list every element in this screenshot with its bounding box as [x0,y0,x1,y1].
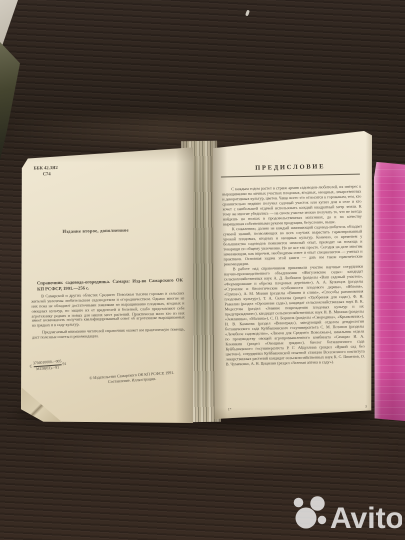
code-prefix: С [30,364,33,368]
wood-scratch [245,10,250,17]
copyright-line: © Издательство Самарского ОК КП РСФСР, 1… [71,369,193,382]
page-number: 3 [365,404,367,408]
page-footer: 1* 3 [228,404,367,411]
floor-corner [0,0,18,52]
table-edge-object [0,42,20,160]
pink-book-cover [374,162,405,421]
code-denominator: М158(03)—91 [33,364,62,372]
code-suffix: 91 [62,362,66,366]
copyright-line: Составление. Иллюстрации. [71,374,193,387]
avito-circles-icon [294,496,327,528]
title-rule [221,174,360,178]
edition-note: Издание второе, дополненное [20,227,171,235]
book-right-page: ПРЕДИСЛОВИЕ С каждым годом растет в стра… [213,131,372,419]
print-order-code: С 3704010000—005 М158(03)—91 91 [29,359,66,372]
bbk-code: ББК 42.3Я2 [33,165,57,171]
preface-paragraph: К сожалению, далеко не каждый начинающий… [223,224,363,267]
author-sign-code: С74 [34,171,58,178]
marketplace-photo: ББК 42.3Я2 С74 Издание второе, дополненн… [0,0,405,540]
copyright-block: © Издательство Самарского ОК КП РСФСР, 1… [71,369,193,388]
right-page-content: ПРЕДИСЛОВИЕ С каждым годом растет в стра… [210,129,375,420]
preface-body: С каждым годом растет в стране армия сад… [222,184,365,367]
signature-mark: 1* [228,407,232,411]
bbk-classification: ББК 42.3Я2 С74 [33,165,57,178]
preface-paragraph: С каждым годом растет в стране армия сад… [222,184,362,227]
preface-paragraph: В работе над справочником принимали учас… [224,264,365,367]
preface-title: ПРЕДИСЛОВИЕ [211,162,370,172]
book-left-page: ББК 42.3Я2 С74 Издание второе, дополненн… [21,146,193,423]
wood-sheen [40,440,400,464]
code-numerator: 3704010000—005 [33,359,62,365]
annotation-block: В Самарской и других областях Среднего П… [31,291,185,342]
avito-logo-text: Avito [330,502,402,535]
annotation-paragraph: В Самарской и других областях Среднего П… [31,291,185,328]
code-fraction: 3704010000—005 М158(03)—91 [33,359,62,371]
bibliographic-entry: Справочник садовода-огородника. Самара: … [37,277,183,292]
avito-watermark: Avito [288,486,402,538]
annotation-paragraph: Предлагаемый вниманию читателей справочн… [32,328,185,341]
left-page-content: ББК 42.3Я2 С74 Издание второе, дополненн… [18,144,196,425]
